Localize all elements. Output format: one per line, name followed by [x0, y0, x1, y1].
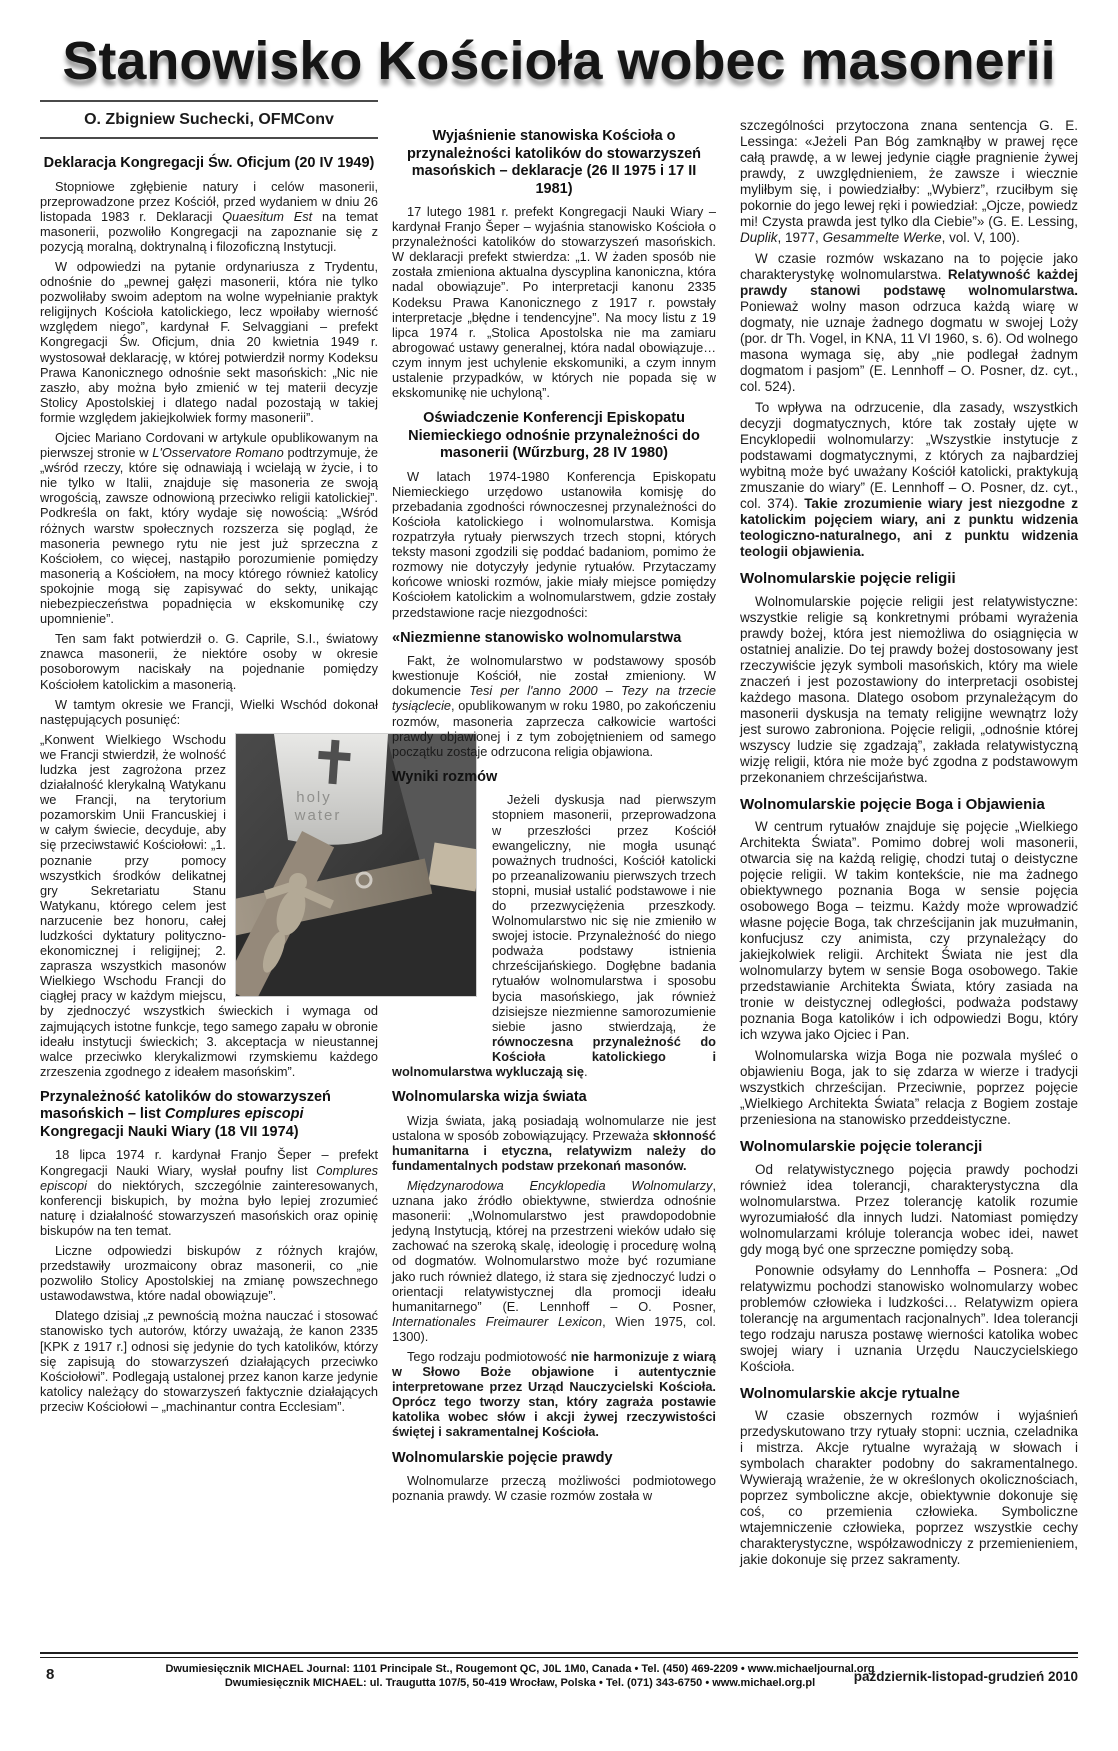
- paragraph: Wolnomularskie pojęcie religii jest rela…: [740, 594, 1078, 786]
- paragraph: 18 lipca 1974 r. kardynał Franjo Šeper –…: [40, 1147, 378, 1238]
- paragraph-with-photo-wrap: Jeżeli dyskusja nad pierwszym stopniem m…: [392, 792, 716, 1079]
- paragraph: Ten sam fakt potwierdził o. G. Caprile, …: [40, 631, 378, 691]
- paragraph: Międzynarodowa Encyklopedia Wolnomularzy…: [392, 1178, 716, 1344]
- section-heading-worldview: Wolnomularska wizja świata: [392, 1089, 716, 1107]
- photo-wrap-spacer: holy water: [233, 732, 378, 996]
- paragraph: W centrum rytuałów znajduje się pojęcie …: [740, 819, 1078, 1043]
- paragraph: Ponownie odsyłamy do Lennhoffa – Posnera…: [740, 1263, 1078, 1375]
- column-3: szczególności przytoczona znana sentencj…: [740, 118, 1078, 1573]
- page-number: 8: [46, 1666, 54, 1683]
- paragraph: Wolnomularze przeczą możliwości podmioto…: [392, 1473, 716, 1503]
- paragraph: Liczne odpowiedzi biskupów z różnych kra…: [40, 1243, 378, 1303]
- column-2: Wyjaśnienie stanowiska Kościoła o przyna…: [392, 118, 716, 1508]
- section-heading-concept-of-truth: Wolnomularskie pojęcie prawdy: [392, 1450, 716, 1468]
- holy-water-bottle: holy water: [274, 734, 388, 845]
- article-title: Stanowisko Kościoła wobec masonerii: [0, 30, 1118, 92]
- paragraph: W tamtym okresie we Francji, Wielki Wsch…: [40, 697, 378, 727]
- issue-date: październik-listopad-grudzień 2010: [850, 1669, 1078, 1684]
- paragraph: Tego rodzaju podmiotowość nie harmonizuj…: [392, 1349, 716, 1440]
- section-heading-ritual-actions: Wolnomularskie akcje rytualne: [740, 1385, 1078, 1403]
- section-heading-results: Wyniki rozmów: [392, 769, 716, 787]
- column-1: O. Zbigniew Suchecki, OFMConv Deklaracja…: [40, 100, 378, 1419]
- paragraph: Wolnomularska wizja Boga nie pozwala myś…: [740, 1048, 1078, 1128]
- section-heading-concept-of-tolerance: Wolnomularskie pojęcie tolerancji: [740, 1138, 1078, 1156]
- author-name: O. Zbigniew Suchecki, OFMConv: [40, 100, 378, 139]
- section-heading-complures-episcopi: Przynależność katolików do stowarzyszeń …: [40, 1089, 378, 1142]
- section-heading-concept-of-god: Wolnomularskie pojęcie Boga i Objawienia: [740, 796, 1078, 814]
- paragraph: W czasie rozmów wskazano na to pojęcie j…: [740, 251, 1078, 395]
- section-heading-wurzburg-1980: Oświadczenie Konferencji Episkopatu Niem…: [392, 410, 716, 463]
- footer-divider: [40, 1652, 1078, 1658]
- footer-address-line1: Dwumiesięcznik MICHAEL Journal: 1101 Pri…: [150, 1662, 890, 1676]
- paragraph: W odpowiedzi na pytanie ordynariusza z T…: [40, 259, 378, 425]
- bottle-label-line2: water: [294, 807, 342, 824]
- paragraph: Stopniowe zgłębienie natury i celów maso…: [40, 179, 378, 254]
- paragraph: W latach 1974-1980 Konferencja Episkopat…: [392, 469, 716, 620]
- paragraph-with-photo-wrap: holy water „Konwent Wielkiego Wschodu we…: [40, 732, 378, 1079]
- paragraph: To wpływa na odrzucenie, dla zasady, wsz…: [740, 400, 1078, 560]
- paragraph: W czasie obszernych rozmów i wyjaśnień p…: [740, 1408, 1078, 1568]
- photo-wrap-spacer: [392, 792, 492, 1054]
- paragraph: szczególności przytoczona znana sentencj…: [740, 118, 1078, 246]
- footer-publisher-info: Dwumiesięcznik MICHAEL Journal: 1101 Pri…: [150, 1662, 890, 1690]
- paragraph: Dlatego dzisiaj „z pewnością można naucz…: [40, 1308, 378, 1414]
- section-heading-declaration-1949: Deklaracja Kongregacji Św. Oficjum (20 I…: [40, 155, 378, 173]
- footer-address-line2: Dwumiesięcznik MICHAEL: ul. Traugutta 10…: [150, 1676, 890, 1690]
- section-heading-unchanged-position: «Niezmienne stanowisko wolnomularstwa: [392, 630, 716, 648]
- paragraph: 17 lutego 1981 r. prefekt Kongregacji Na…: [392, 204, 716, 400]
- paragraph: Wizja świata, jaką posiadają wolnomularz…: [392, 1113, 716, 1173]
- section-heading-declarations-1975-1981: Wyjaśnienie stanowiska Kościoła o przyna…: [392, 128, 716, 198]
- paragraph: Fakt, że wolnomularstwo w podstawowy spo…: [392, 653, 716, 759]
- paragraph: Od relatywistycznego pojęcia prawdy poch…: [740, 1162, 1078, 1258]
- paragraph: Ojciec Mariano Cordovani w artykule opub…: [40, 430, 378, 626]
- bottle-label-line1: holy: [296, 789, 332, 806]
- section-heading-concept-of-religion: Wolnomularskie pojęcie religii: [740, 570, 1078, 588]
